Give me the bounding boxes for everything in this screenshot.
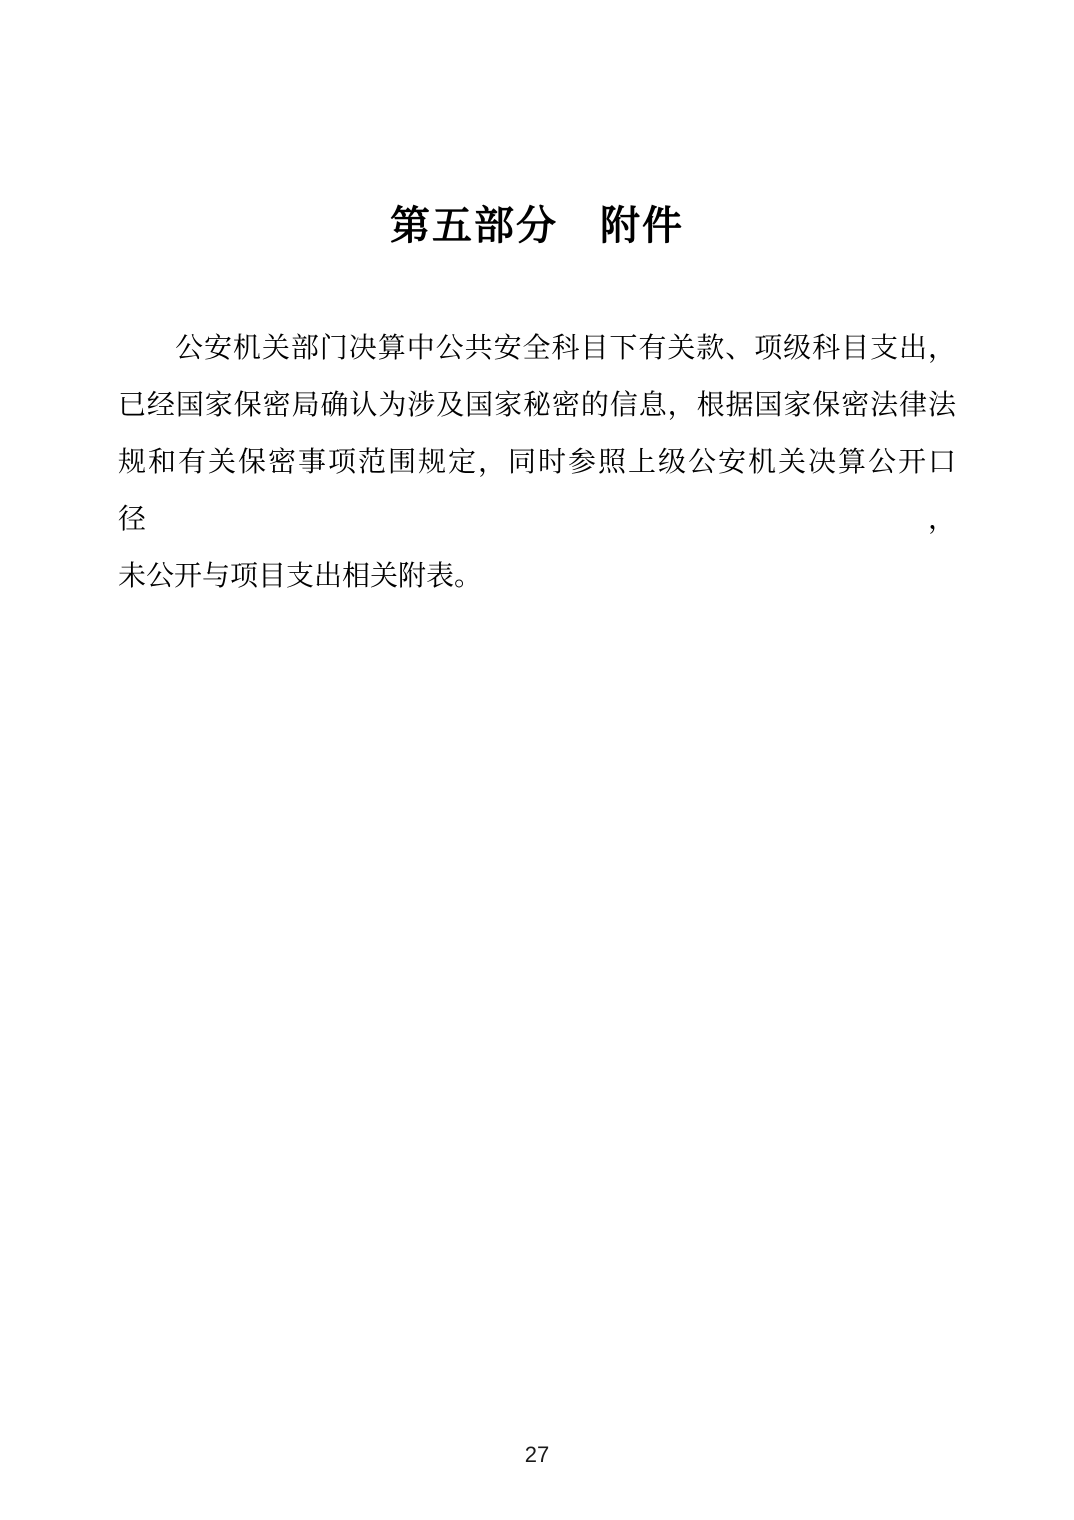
body-paragraph: 公安机关部门决算中公共安全科目下有关款、项级科目支出， 已经国家保密局确认为涉及… bbox=[118, 319, 956, 604]
paragraph-line: 未公开与项目支出相关附表。 bbox=[118, 547, 956, 604]
paragraph-line: 公安机关部门决算中公共安全科目下有关款、项级科目支出， bbox=[118, 319, 956, 376]
page-title: 第五部分 附件 bbox=[0, 200, 1074, 252]
paragraph-line: 已经国家保密局确认为涉及国家秘密的信息，根据国家保密法律法 bbox=[118, 376, 956, 433]
paragraph-line: 规和有关保密事项范围规定，同时参照上级公安机关决算公开口径， bbox=[118, 433, 956, 547]
page-number: 27 bbox=[0, 1441, 1074, 1469]
document-page: 第五部分 附件 公安机关部门决算中公共安全科目下有关款、项级科目支出， 已经国家… bbox=[0, 0, 1074, 1520]
